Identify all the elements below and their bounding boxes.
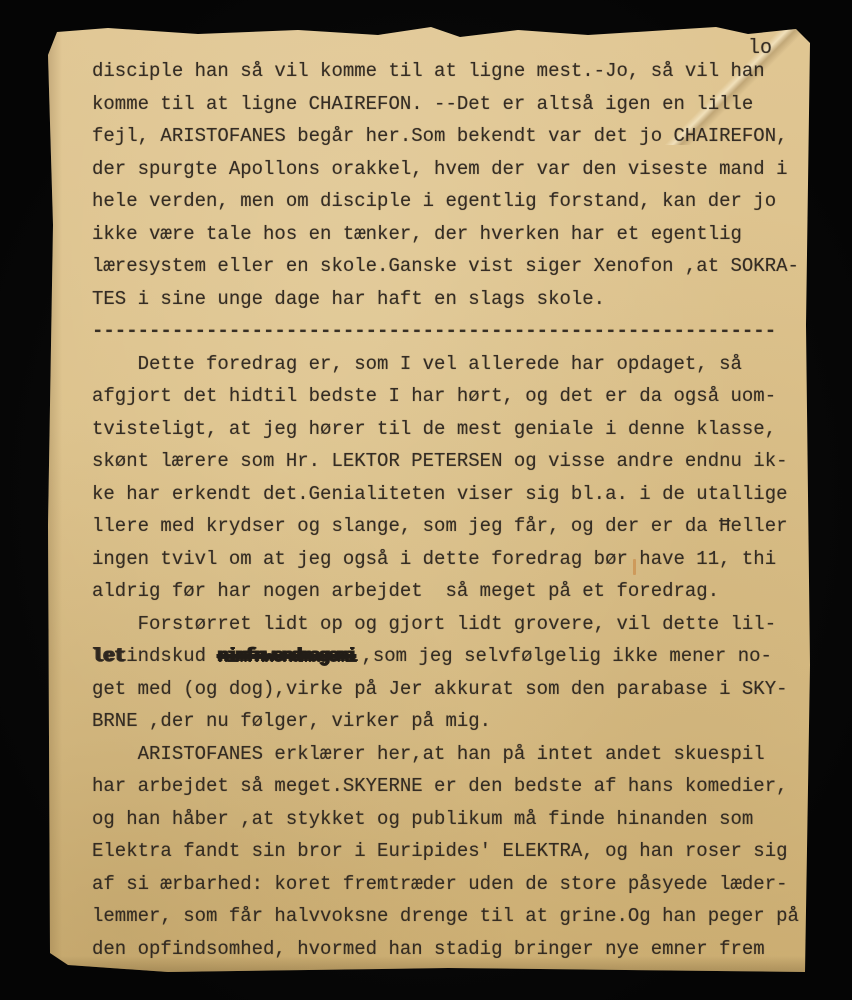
text-line: har arbejdet så meget.SKYERNE er den bed… — [92, 770, 804, 803]
text-line: ingen tvivl om at jeg også i dette fored… — [92, 543, 804, 576]
text-line: tvisteligt, at jeg hører til de mest gen… — [92, 413, 804, 446]
text-line: get med (og dog),virke på Jer akkurat so… — [92, 673, 804, 706]
text-line-overstruck: letindskud nimfnwendmagemi,som jeg selvf… — [92, 640, 804, 673]
text-line: afgjort det hidtil bedste I har hørt, og… — [92, 380, 804, 413]
text-line: Elektra fandt sin bror i Euripides' ELEK… — [92, 835, 804, 868]
text-line: fejl, ARISTOFANES begår her.Som bekendt … — [92, 120, 804, 153]
separator-dashed-line: ----------------------------------------… — [92, 315, 804, 348]
text-line: ke har erkendt det.Genialiteten viser si… — [92, 478, 804, 511]
text-line: der spurgte Apollons orakkel, hvem der v… — [92, 153, 804, 186]
text-line: skønt lærere som Hr. LEKTOR PETERSEN og … — [92, 445, 804, 478]
text-line: llere med krydser og slange, som jeg får… — [92, 510, 804, 543]
ink-mark — [633, 559, 636, 575]
text-line: Dette foredrag er, som I vel allerede ha… — [92, 348, 804, 381]
text-line: læresystem eller en skole.Ganske vist si… — [92, 250, 804, 283]
text-line: ARISTOFANES erklærer her,at han på intet… — [92, 738, 804, 771]
text-line: Forstørret lidt op og gjort lidt grovere… — [92, 608, 804, 641]
overtyped-chars: let — [92, 645, 126, 667]
text-line: af si ærbarhed: koret fremtræder uden de… — [92, 868, 804, 901]
text-line: den opfindsomhed, hvormed han stadig bri… — [92, 933, 804, 966]
scan-background: lo disciple han så vil komme til at lign… — [0, 0, 852, 1000]
text-line: komme til at ligne CHAIREFON. --Det er a… — [92, 88, 804, 121]
text-line: lemmer, som får halvvoksne drenge til at… — [92, 900, 804, 933]
text-line: ikke være tale hos en tænker, der hverke… — [92, 218, 804, 251]
struck-out-word: nimfnwendmagemi — [217, 645, 355, 667]
text-line: hele verden, men om disciple i egentlig … — [92, 185, 804, 218]
word-fragment: indskud — [126, 645, 217, 667]
page-text: disciple han så vil komme til at ligne m… — [48, 25, 810, 965]
line-rest: ,som jeg selvfølgelig ikke mener no- — [361, 645, 771, 667]
text-line: BRNE ,der nu følger, virker på mig. — [92, 705, 804, 738]
text-line: aldrig før har nogen arbejdet så meget p… — [92, 575, 804, 608]
typewritten-page: lo disciple han så vil komme til at lign… — [48, 25, 810, 972]
text-line: TES i sine unge dage har haft en slags s… — [92, 283, 804, 316]
text-line: disciple han så vil komme til at ligne m… — [92, 55, 804, 88]
text-line: og han håber ,at stykket og publikum må … — [92, 803, 804, 836]
